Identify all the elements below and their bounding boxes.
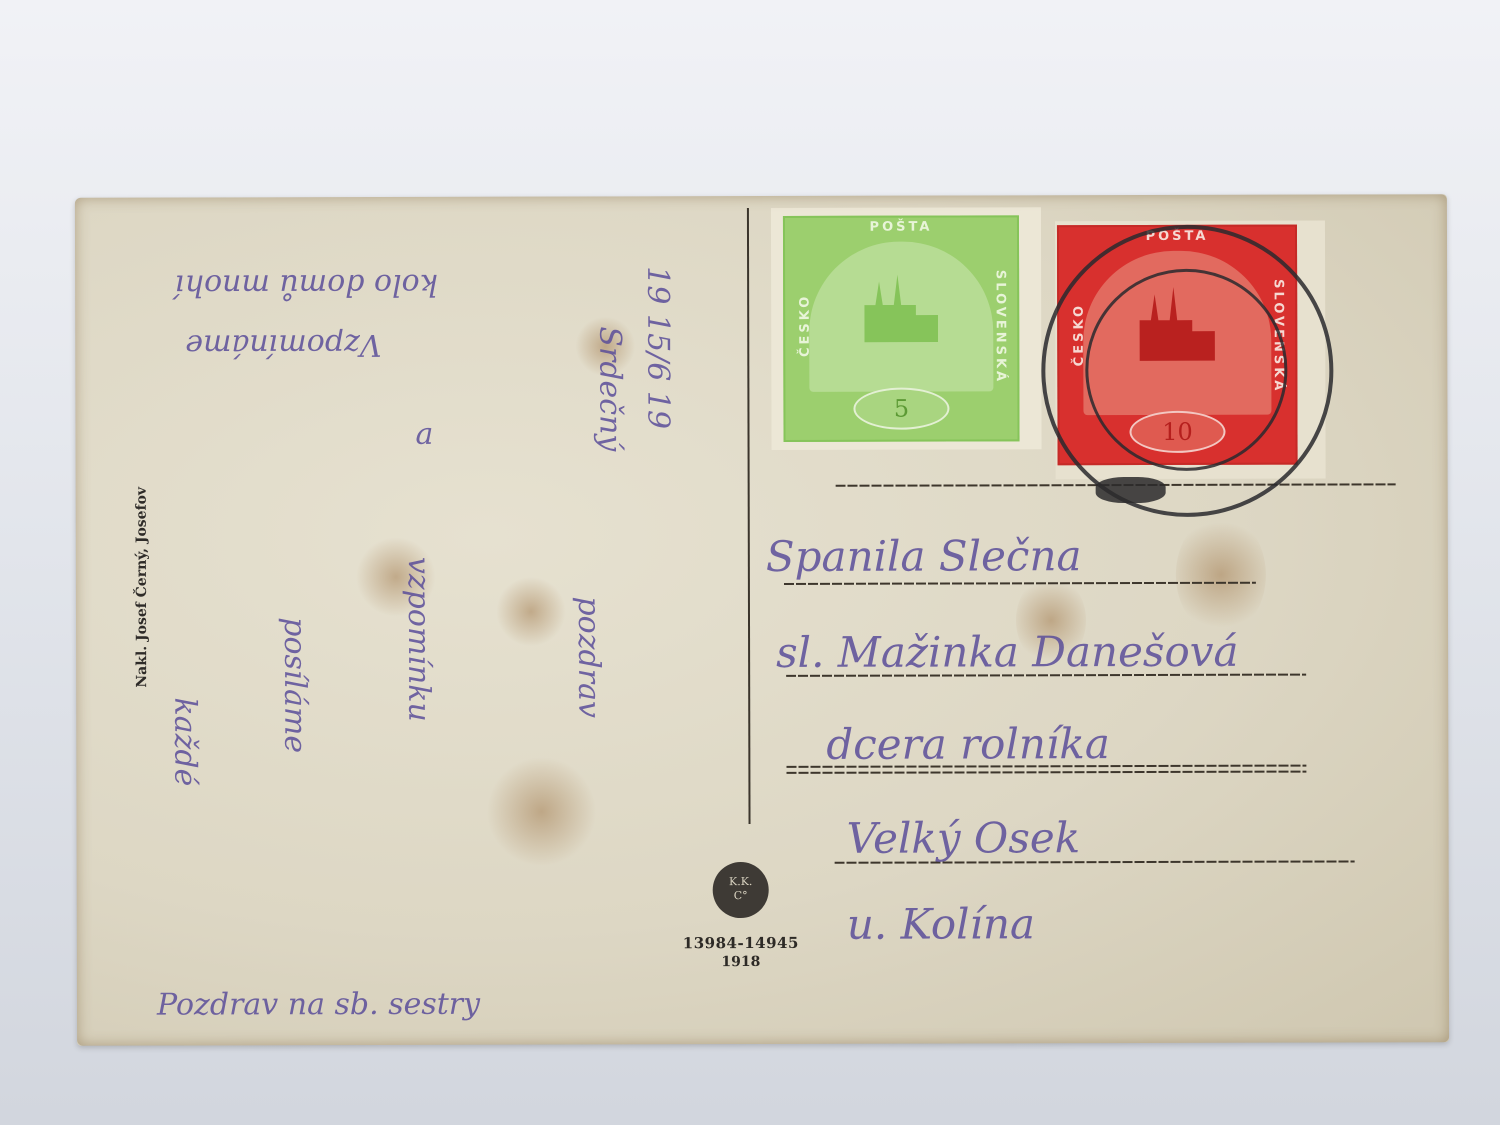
postcard: POŠTA ČESKO SLOVENSKÁ 5 POŠTA ČESKO SLOV… [75, 194, 1449, 1046]
postmark [1041, 225, 1334, 518]
handwritten-date: 19 15/6 19 [640, 266, 675, 429]
stamp-right-text: SLOVENSKÁ [993, 270, 1008, 380]
address-line-2: sl. Mažinka Danešová [776, 627, 1239, 677]
address-line-3: dcera rolníka [826, 719, 1110, 769]
serial-number: 13984-14945 [661, 934, 821, 952]
message-line: Vzpomínáme [185, 327, 381, 363]
message-line: kolo domů mnohí [175, 267, 438, 303]
stain [575, 316, 635, 376]
message-line: pozdrav [571, 596, 606, 718]
stamp-left-text: ČESKO [798, 275, 813, 375]
stain [1016, 575, 1086, 665]
stain [496, 577, 566, 647]
logo-line: K.K. [713, 875, 769, 889]
message-line: Srdečný [592, 326, 627, 451]
center-divider [747, 208, 751, 824]
castle-icon [864, 275, 938, 343]
green-5-stamp: POŠTA ČESKO SLOVENSKÁ 5 [771, 207, 1042, 450]
message-line: posíláme [277, 617, 312, 753]
address-line [836, 483, 1396, 486]
message-line: každé [167, 697, 202, 786]
address-line [786, 765, 1306, 768]
stamp-left-text: ČESKO [1072, 285, 1087, 385]
stamp-top-text: POŠTA [785, 219, 1017, 235]
message-line: vzpomínku [401, 557, 436, 722]
stamp-value: 10 [1129, 411, 1225, 453]
address-line [786, 674, 1306, 677]
castle-icon [1140, 287, 1215, 361]
stamp-top-text: POŠTA [1059, 229, 1295, 245]
logo-line: C° [713, 889, 769, 903]
postmark-inner-ring [1085, 269, 1288, 472]
address-line-5: u. Kolína [847, 899, 1035, 948]
address-line-1: Spanila Slečna [766, 531, 1082, 581]
publisher-logo: K.K. C° [713, 862, 769, 918]
address-line-4: Velký Osek [847, 813, 1081, 863]
message-line: a [415, 417, 433, 452]
stamp-right-text: SLOVENSKÁ [1271, 279, 1286, 389]
address-line [784, 582, 1256, 585]
stamp-value: 5 [853, 388, 949, 430]
stain [1176, 515, 1266, 635]
stain [356, 537, 436, 617]
stamp-vignette [809, 241, 993, 391]
print-year: 1918 [661, 954, 821, 970]
message-closing: Pozdrav na sb. sestry [157, 987, 480, 1023]
address-line [835, 860, 1355, 863]
stamp-vignette [1083, 251, 1271, 415]
stain [486, 756, 596, 866]
red-10-stamp: POŠTA ČESKO SLOVENSKÁ 10 [1055, 221, 1326, 480]
postmark-ink-blot [1096, 477, 1166, 503]
address-line [786, 771, 1306, 774]
publisher-imprint: Nakl. Josef Černý, Josefov [134, 487, 151, 688]
